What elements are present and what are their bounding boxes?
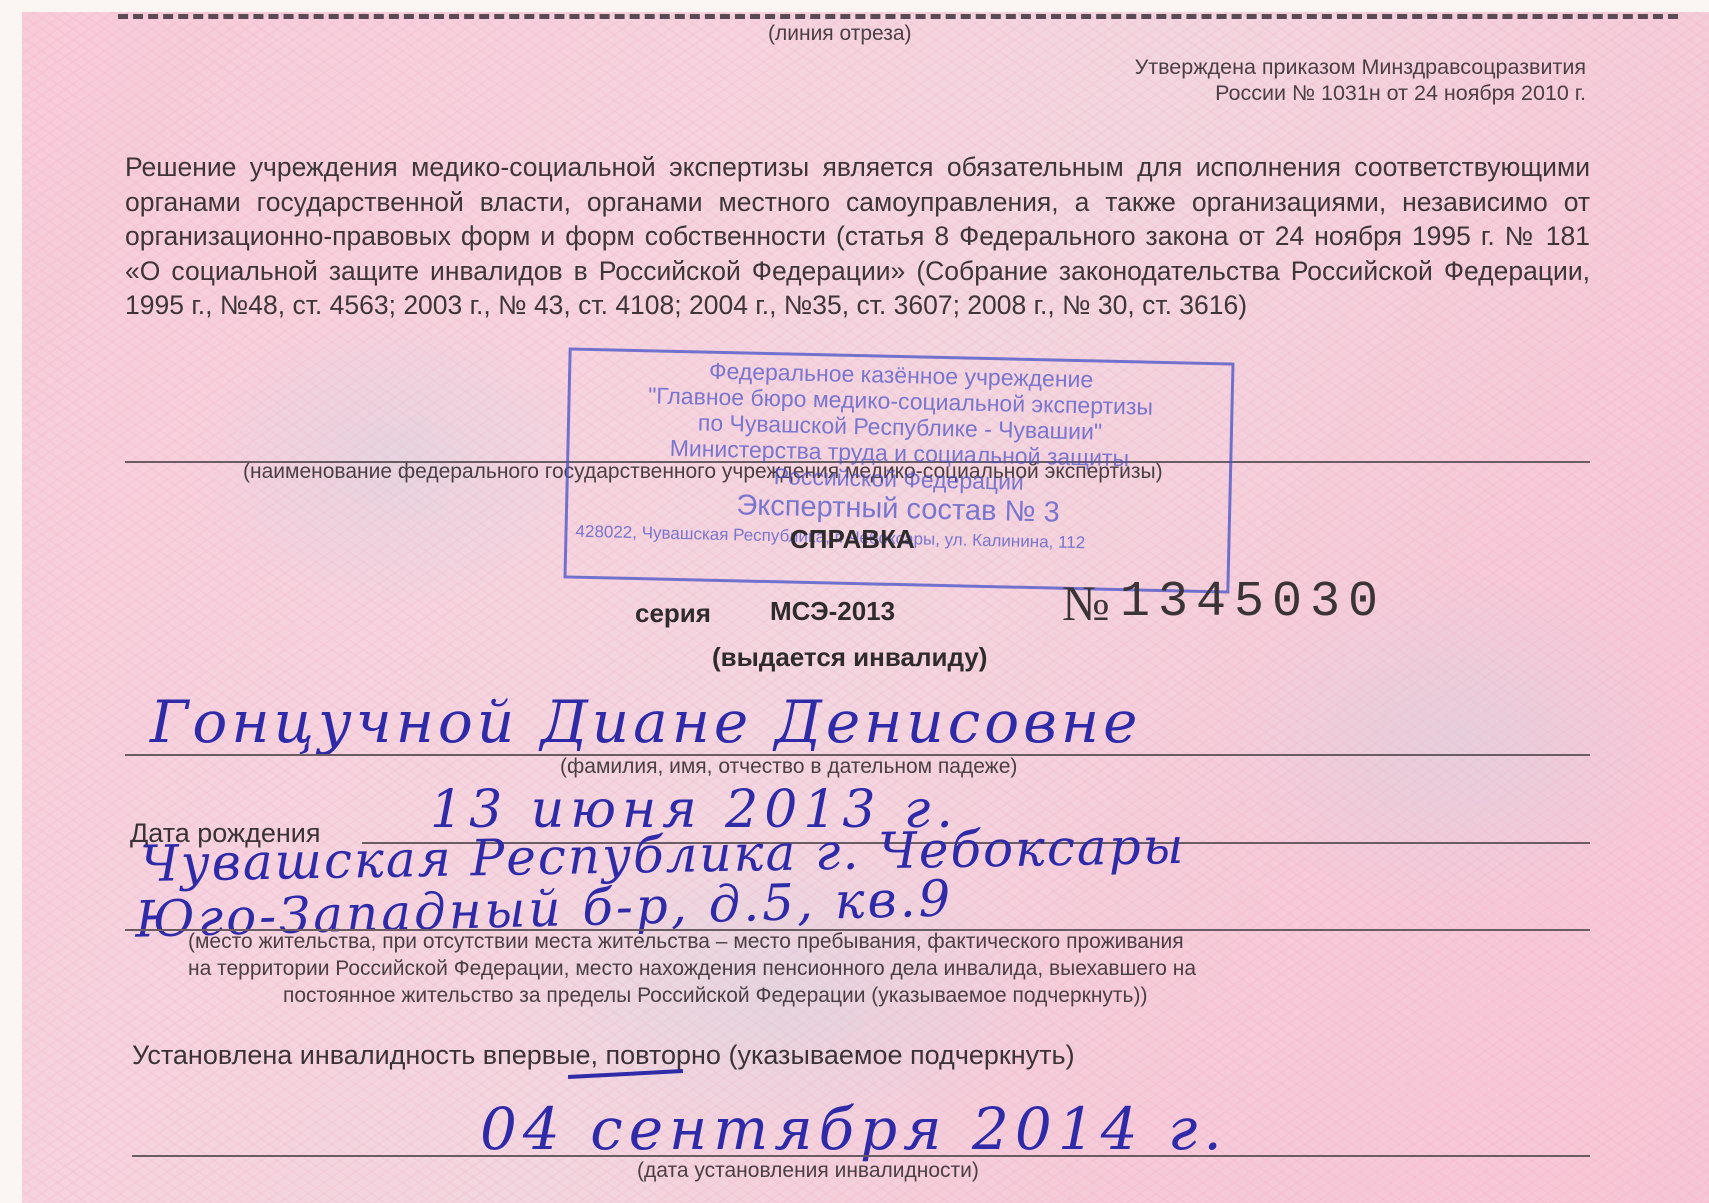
issued-to-note: (выдается инвалиду): [712, 642, 987, 673]
certificate-title: СПРАВКА: [790, 524, 915, 555]
address-caption-2: на территории Российской Федерации, мест…: [188, 957, 1196, 981]
official-stamp: Федеральное казённое учреждение "Главное…: [563, 347, 1234, 593]
approval-line-1: Утверждена приказом Минздравсоцразвития: [1135, 55, 1586, 80]
disability-status: Установлена инвалидность впервые, повтор…: [132, 1040, 1075, 1071]
series-label: серия: [635, 598, 711, 629]
address-caption-1: (место жительства, при отсутствии места …: [188, 930, 1184, 954]
disability-date-caption: (дата установления инвалидности): [637, 1159, 979, 1183]
address-caption-3: постоянное жительство за пределы Российс…: [283, 984, 1147, 1008]
cut-line-label: (линия отреза): [768, 22, 912, 46]
recipient-name: Гонцучной Диане Денисовне: [150, 688, 1141, 756]
legal-notice: Решение учреждения медико-социальной экс…: [125, 150, 1590, 323]
certificate-number: 1345030: [1120, 574, 1386, 631]
series-value: МСЭ-2013: [770, 596, 895, 627]
name-caption: (фамилия, имя, отчество в дательном паде…: [560, 755, 1017, 779]
cut-line: [118, 14, 1678, 19]
disability-date: 04 сентября 2014 г.: [480, 1095, 1228, 1163]
disability-date-line: [132, 1155, 1590, 1157]
approval-line-2: России № 1031н от 24 ноября 2010 г.: [1215, 81, 1586, 106]
number-sign: №: [1062, 574, 1110, 632]
